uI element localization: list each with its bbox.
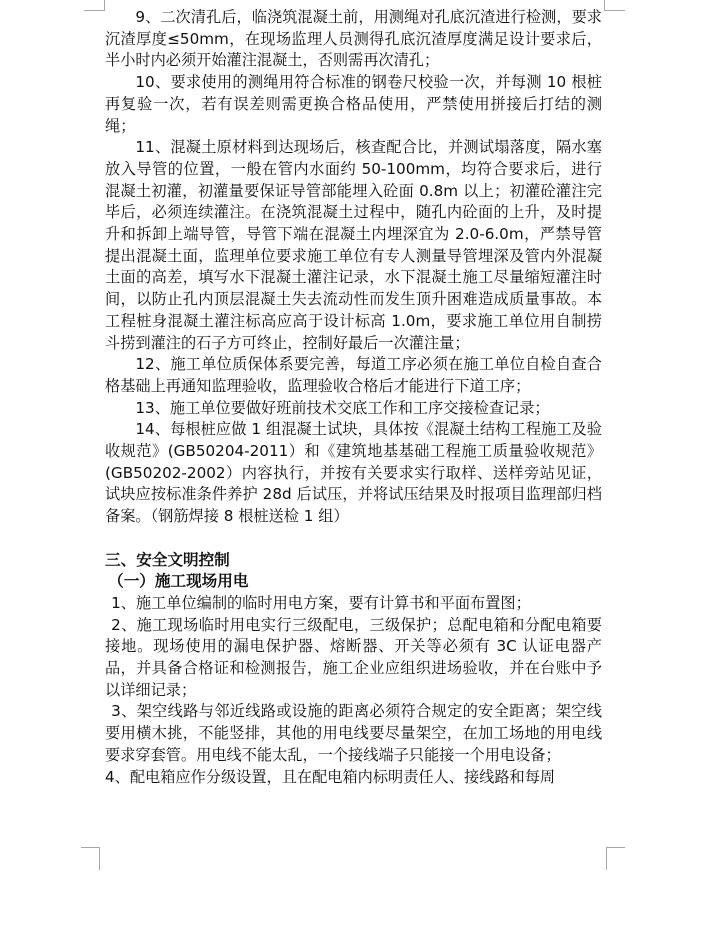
paragraph-item-14: 14、每根桩应做 1 组混凝土试块，具体按《混凝土结构工程施工及验收规范》(GB… <box>105 419 602 528</box>
paragraph-item-11: 11、混凝土原材料到达现场后，核查配合比，并测试塌落度，隔水塞放入导管的位置，一… <box>105 137 602 354</box>
paragraph-item-12: 12、施工单位质保体系要完善，每道工序必须在施工单位自检自查合格基础上再通知监理… <box>105 354 602 397</box>
electric-item-3: 3、架空线路与邻近线路或设施的距离必须符合规定的安全距离；架空线要用横木挑，不能… <box>105 701 602 766</box>
margin-corner-mark-top-right <box>604 0 625 11</box>
margin-corner-mark-bottom-left <box>81 847 100 870</box>
subsection-heading: （一）施工现场用电 <box>105 571 602 593</box>
margin-corner-mark-top-left <box>84 0 105 11</box>
paragraph-item-9: 9、二次清孔后，临浇筑混凝土前，用测绳对孔底沉渣进行检测，要求沉渣厚度≤50mm… <box>105 7 602 72</box>
electric-item-2: 2、施工现场临时用电实行三级配电，三级保护；总配电箱和分配电箱要接地。现场使用的… <box>105 615 602 702</box>
electric-item-4: 4、配电箱应作分级设置，且在配电箱内标明责任人、接线路和每周 <box>105 767 602 789</box>
blank-line <box>105 528 602 550</box>
paragraph-item-10: 10、要求使用的测绳用符合标准的钢卷尺校验一次，并每测 10 根桩再复验一次，若… <box>105 72 602 137</box>
document-page: 9、二次清孔后，临浇筑混凝土前，用测绳对孔底沉渣进行检测，要求沉渣厚度≤50mm… <box>0 0 710 932</box>
document-body[interactable]: 9、二次清孔后，临浇筑混凝土前，用测绳对孔底沉渣进行检测，要求沉渣厚度≤50mm… <box>105 7 602 788</box>
margin-corner-mark-bottom-right <box>606 847 625 870</box>
electric-item-1: 1、施工单位编制的临时用电方案，要有计算书和平面布置图； <box>105 593 602 615</box>
paragraph-item-13: 13、施工单位要做好班前技术交底工作和工序交接检查记录； <box>105 398 602 420</box>
section-heading: 三、安全文明控制 <box>105 550 602 572</box>
